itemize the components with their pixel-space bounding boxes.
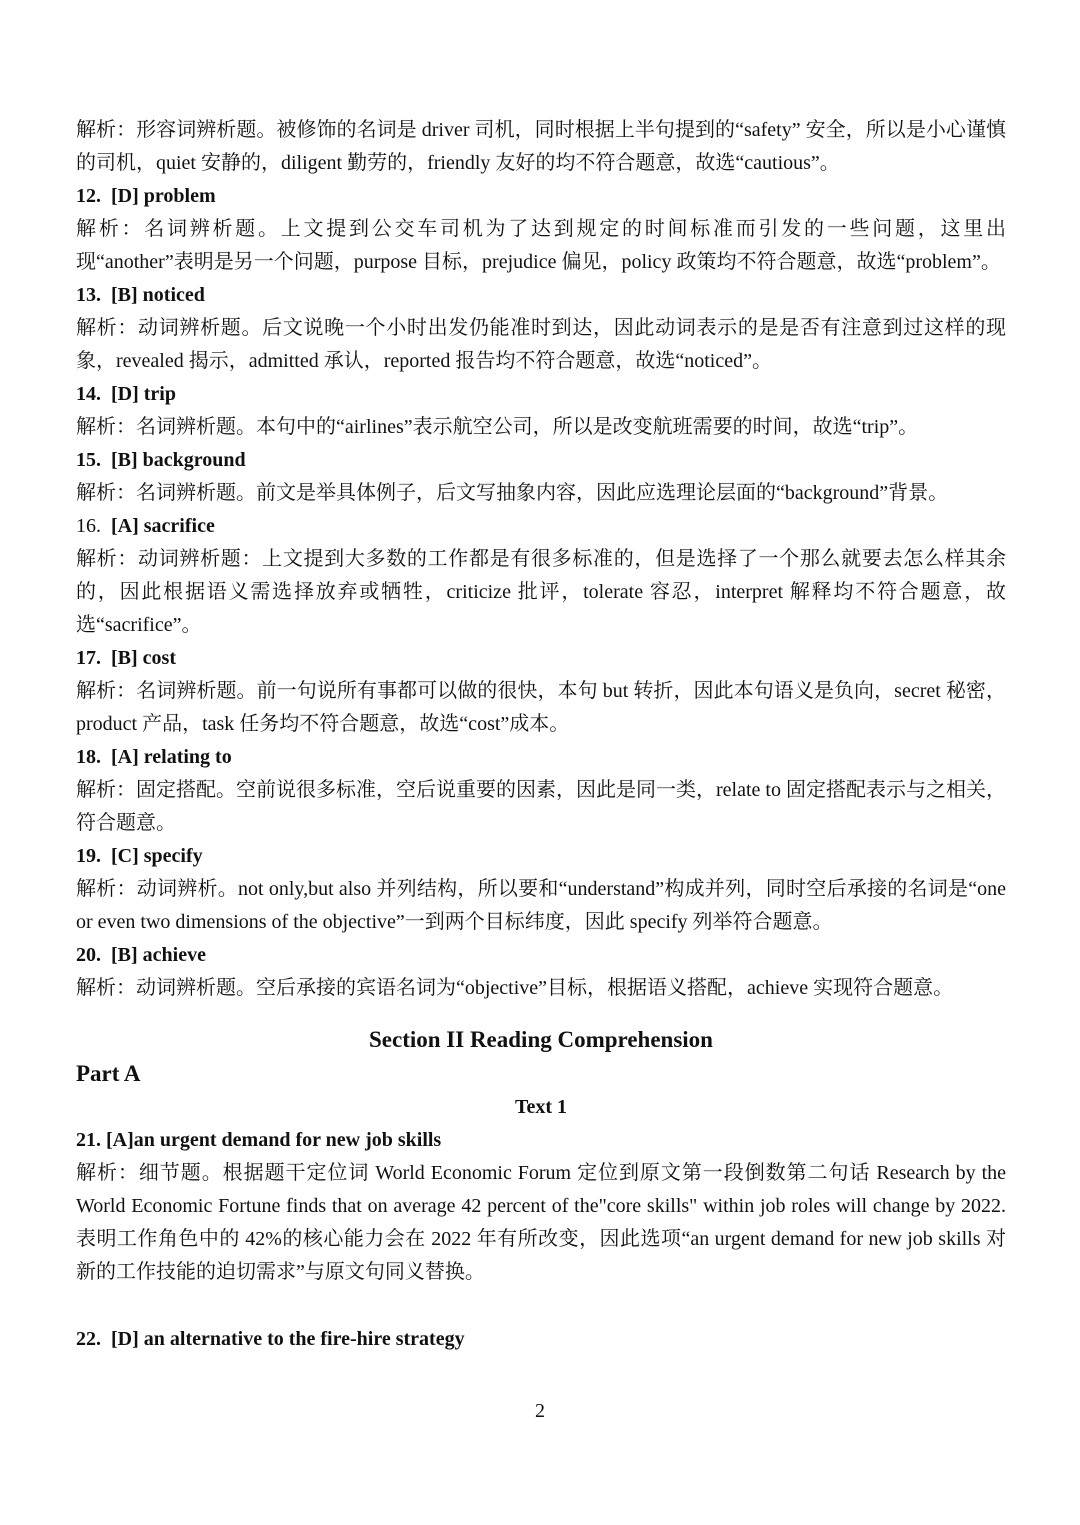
analysis-text: 解析：名词辨析题。前一句说所有事都可以做的很快，本句 but 转折，因此本句语义… — [76, 675, 1006, 741]
analysis-text: 解析：名词辨析题。前文是举具体例子，后文写抽象内容，因此应选理论层面的“back… — [76, 477, 1006, 510]
answer-heading: 21. [A]an urgent demand for new job skil… — [76, 1124, 1006, 1157]
answer-heading: 19. [C] specify — [76, 840, 1006, 873]
item-13: 13. [B] noticed 解析：动词辨析题。后文说晚一个小时出发仍能准时到… — [76, 279, 1006, 378]
page-number: 2 — [0, 1400, 1080, 1423]
question-number: 19. — [76, 845, 101, 867]
question-number: 22. — [76, 1328, 101, 1350]
answer-heading: 13. [B] noticed — [76, 279, 1006, 312]
item-19: 19. [C] specify 解析：动词辨析。not only,but als… — [76, 840, 1006, 939]
answer-heading: 17. [B] cost — [76, 642, 1006, 675]
document-page: 解析：形容词辨析题。被修饰的名词是 driver 司机，同时根据上半句提到的“s… — [76, 114, 1006, 1356]
answer-label: [A] sacrifice — [111, 515, 215, 537]
analysis-text: 解析：名词辨析题。上文提到公交车司机为了达到规定的时间标准而引发的一些问题，这里… — [76, 213, 1006, 279]
answer-heading: 22. [D] an alternative to the fire-hire … — [76, 1323, 1006, 1356]
answer-heading: 14. [D] trip — [76, 378, 1006, 411]
analysis-text: 解析：动词辨析题。空后承接的宾语名词为“objective”目标，根据语义搭配，… — [76, 972, 1006, 1005]
answer-label: [A]an urgent demand for new job skills — [106, 1129, 441, 1151]
answer-label: [B] cost — [111, 647, 176, 669]
item-22: 22. [D] an alternative to the fire-hire … — [76, 1323, 1006, 1356]
item-20: 20. [B] achieve 解析：动词辨析题。空后承接的宾语名词为“obje… — [76, 939, 1006, 1005]
text-title: Text 1 — [76, 1091, 1006, 1124]
question-number: 21. — [76, 1129, 101, 1151]
analysis-text: 解析：细节题。根据题干定位词 World Economic Forum 定位到原… — [76, 1157, 1006, 1289]
answer-label: [B] noticed — [111, 284, 205, 306]
answer-label: [D] trip — [111, 383, 176, 405]
answer-label: [C] specify — [111, 845, 203, 867]
question-number: 17. — [76, 647, 101, 669]
answer-heading: 12. [D] problem — [76, 180, 1006, 213]
question-number: 16. — [76, 515, 101, 537]
analysis-11: 解析：形容词辨析题。被修饰的名词是 driver 司机，同时根据上半句提到的“s… — [76, 114, 1006, 180]
analysis-text: 解析：动词辨析题。后文说晚一个小时出发仍能准时到达，因此动词表示的是是否有注意到… — [76, 312, 1006, 378]
question-number: 20. — [76, 944, 101, 966]
question-number: 13. — [76, 284, 101, 306]
analysis-text: 解析：动词辨析题：上文提到大多数的工作都是有很多标准的，但是选择了一个那么就要去… — [76, 543, 1006, 642]
analysis-text: 解析：动词辨析。not only,but also 并列结构，所以要和“unde… — [76, 873, 1006, 939]
question-number: 14. — [76, 383, 101, 405]
question-number: 12. — [76, 185, 101, 207]
analysis-text: 解析：固定搭配。空前说很多标准，空后说重要的因素，因此是同一类，relate t… — [76, 774, 1006, 840]
answer-label: [B] background — [111, 449, 246, 471]
answer-heading: 18. [A] relating to — [76, 741, 1006, 774]
section-title: Section II Reading Comprehension — [76, 1023, 1006, 1057]
answer-heading: 20. [B] achieve — [76, 939, 1006, 972]
item-12: 12. [D] problem 解析：名词辨析题。上文提到公交车司机为了达到规定… — [76, 180, 1006, 279]
question-number: 15. — [76, 449, 101, 471]
answer-label: [B] achieve — [111, 944, 206, 966]
part-title: Part A — [76, 1057, 1006, 1091]
item-16: 16. [A] sacrifice 解析：动词辨析题：上文提到大多数的工作都是有… — [76, 510, 1006, 642]
answer-label: [A] relating to — [111, 746, 232, 768]
question-number: 18. — [76, 746, 101, 768]
spacer — [76, 1289, 1006, 1323]
item-18: 18. [A] relating to 解析：固定搭配。空前说很多标准，空后说重… — [76, 741, 1006, 840]
answer-label: [D] an alternative to the fire-hire stra… — [111, 1328, 465, 1350]
answer-heading: 16. [A] sacrifice — [76, 510, 1006, 543]
answer-heading: 15. [B] background — [76, 444, 1006, 477]
item-21: 21. [A]an urgent demand for new job skil… — [76, 1124, 1006, 1289]
item-17: 17. [B] cost 解析：名词辨析题。前一句说所有事都可以做的很快，本句 … — [76, 642, 1006, 741]
item-14: 14. [D] trip 解析：名词辨析题。本句中的“airlines”表示航空… — [76, 378, 1006, 444]
analysis-text: 解析：名词辨析题。本句中的“airlines”表示航空公司，所以是改变航班需要的… — [76, 411, 1006, 444]
answer-label: [D] problem — [111, 185, 216, 207]
item-15: 15. [B] background 解析：名词辨析题。前文是举具体例子，后文写… — [76, 444, 1006, 510]
